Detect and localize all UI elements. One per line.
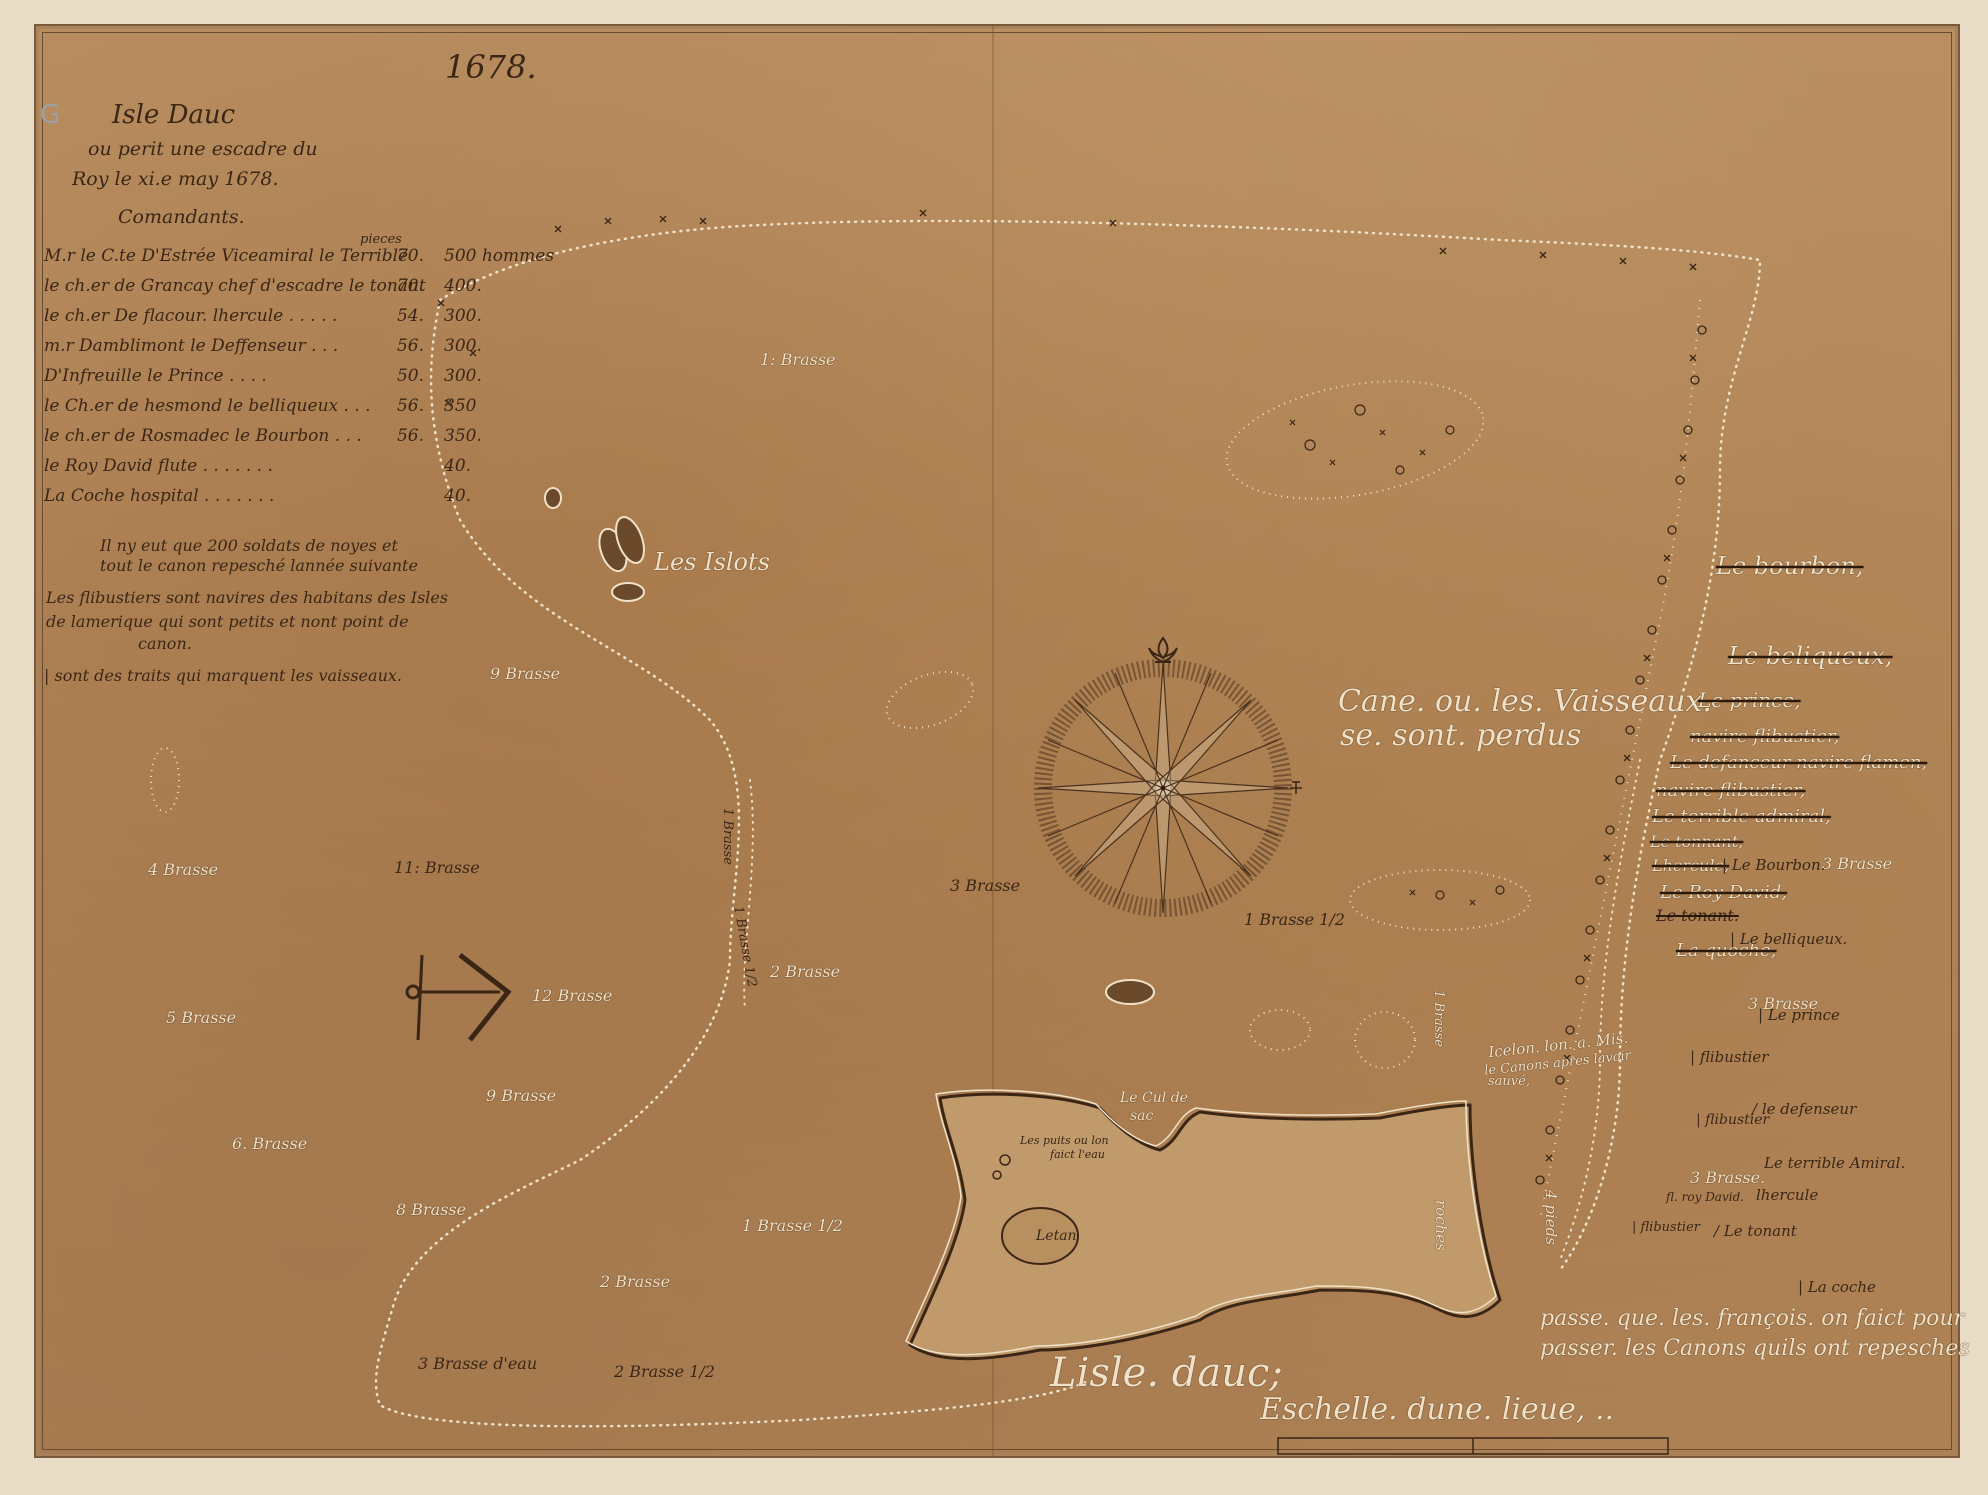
depth-label: 4 Brasse <box>148 860 218 879</box>
ship-position-label: Le terrible Amiral. <box>1764 1154 1905 1172</box>
label-wells-1: Les puits ou lon <box>1020 1134 1109 1147</box>
label-wells-2: faict l'eau <box>1050 1148 1105 1161</box>
legend-subtitle-2: Roy le xi.e may 1678. <box>72 168 279 190</box>
depth-label: 2 Brasse <box>770 962 840 981</box>
depth-label: 5 Brasse <box>166 1008 236 1027</box>
commander-row: le ch.er De flacour. lhercule . . . . .5… <box>44 306 564 326</box>
depth-label: 1 Brasse 1/2 <box>742 1216 843 1235</box>
year-note: 1678. <box>445 48 537 86</box>
depth-label: 1: Brasse <box>760 350 836 369</box>
depth-label: 12 Brasse <box>532 986 612 1005</box>
depth-label: 11: Brasse <box>394 858 480 877</box>
note-ship-marks: | sont des traits qui marquent les vaiss… <box>44 666 402 685</box>
label-scale-title: Eschelle. dune. lieue, .. <box>1260 1392 1614 1427</box>
commander-row: m.r Damblimont le Deffenseur . . .56.300… <box>44 336 564 356</box>
note-soldiers-1: Il ny eut que 200 soldats de noyes et <box>100 536 398 555</box>
depth-label: 9 Brasse <box>490 664 560 683</box>
catalog-stamp: G <box>40 100 60 130</box>
ship-position-label: | flibustier <box>1690 1048 1768 1066</box>
ship-position-label: | Le prince <box>1758 1006 1840 1024</box>
depth-label: 2 Brasse <box>600 1272 670 1291</box>
struck-ship-label: Le tonnant, <box>1650 832 1743 851</box>
depth-label: 6. Brasse <box>232 1134 307 1153</box>
map-drawing <box>0 0 1988 1495</box>
note-soldiers-2: tout le canon repesché lannée suivante <box>100 556 418 575</box>
commander-row: le ch.er de Grancay chef d'escadre le to… <box>44 276 564 296</box>
commanders-heading: Comandants. <box>118 206 245 228</box>
commander-row: M.r le C.te D'Estrée Viceamiral le Terri… <box>44 246 564 266</box>
struck-ship-label: Le tonant. <box>1656 906 1739 925</box>
struck-ship-label: Le terrible admiral, <box>1652 806 1831 827</box>
legend-subtitle-1: ou perit une escadre du <box>88 138 318 160</box>
note-flibustiers-3: canon. <box>138 634 192 653</box>
island-outline <box>910 1094 1500 1359</box>
struck-ship-label: navire flibustier, <box>1656 780 1805 801</box>
commander-row: le Ch.er de hesmond le belliqueux . . .5… <box>44 396 564 416</box>
ship-position-label: | flibustier <box>1632 1220 1700 1235</box>
depth-label: 3 Brasse <box>1822 854 1892 873</box>
label-cul-de-sac-2: sac <box>1130 1108 1153 1124</box>
struck-ship-label: Le prince, <box>1698 688 1801 712</box>
note-flibustiers-1: Les flibustiers sont navires des habitan… <box>46 588 448 607</box>
label-passe-note-2: passer. les Canons quils ont repesches <box>1540 1336 1970 1361</box>
depth-label: 3 Brasse d'eau <box>418 1354 537 1373</box>
note-flibustiers-2: de lamerique qui sont petits et nont poi… <box>46 612 409 631</box>
depth-label: 3 Brasse. <box>1690 1168 1765 1187</box>
struck-ship-label: Le Roy David, <box>1660 882 1787 903</box>
struck-ship-label: Lhercule, <box>1652 856 1729 875</box>
ship-position-label: fl. roy David. <box>1666 1190 1744 1204</box>
label-four-feet: 4 pieds <box>1542 1190 1560 1245</box>
label-wreck-site-1: Cane. ou. les. Vaisseaux. <box>1338 684 1712 719</box>
depth-label: 8 Brasse <box>396 1200 466 1219</box>
ship-position-label: | flibustier <box>1696 1112 1769 1128</box>
scale-bar <box>1278 1438 1668 1454</box>
ship-position-label: | Le Bourbon. <box>1722 856 1825 874</box>
anchor-icon <box>407 955 508 1040</box>
struck-ship-label: Le defanceur navire flamen, <box>1670 752 1927 773</box>
label-roches: roches <box>1432 1200 1450 1251</box>
label-island-name: Lisle. dauc; <box>1050 1350 1283 1396</box>
shoal-marks <box>1290 405 1504 905</box>
label-wreck-site-2: se. sont. perdus <box>1340 718 1581 753</box>
fleur-de-lis-icon <box>1149 638 1177 662</box>
commander-row: le ch.er de Rosmadec le Bourbon . . .56.… <box>44 426 564 446</box>
ship-position-label: lhercule <box>1756 1186 1818 1204</box>
label-passe-note-1: passe. que. les. françois. on faict pour <box>1540 1306 1964 1331</box>
commander-row: le Roy David flute . . . . . . .40. <box>44 456 564 476</box>
compass-rose-icon <box>1038 638 1302 913</box>
label-cul-de-sac-1: Le Cul de <box>1120 1090 1188 1106</box>
label-les-islots: Les Islots <box>654 548 770 576</box>
guns-heading: pieces <box>360 232 402 247</box>
ship-position-label: | Le belliqueux. <box>1730 930 1847 948</box>
ship-position-label: | La coche <box>1798 1278 1876 1296</box>
depth-label: 1 Brasse 1/2 <box>1244 910 1345 929</box>
depth-label: 1 Brasse <box>720 808 735 865</box>
depth-label: 3 Brasse <box>950 876 1020 895</box>
struck-ship-label: Le bourbon, <box>1716 552 1863 580</box>
commander-row: D'Infreuille le Prince . . . .50.300. <box>44 366 564 386</box>
east-cross-icon <box>1290 782 1302 794</box>
struck-ship-label: navire flibustier, <box>1690 726 1839 747</box>
commander-row: La Coche hospital . . . . . . .40. <box>44 486 564 506</box>
ship-position-label: / Le tonant <box>1714 1222 1797 1240</box>
depth-label: 9 Brasse <box>486 1086 556 1105</box>
legend-title: Isle Dauc <box>112 100 235 130</box>
commanders-table: M.r le C.te D'Estrée Viceamiral le Terri… <box>44 246 564 516</box>
label-canon-note-3: sauvé, <box>1488 1074 1530 1089</box>
depth-label: 1 Brasse <box>1431 990 1446 1047</box>
depth-label: 2 Brasse 1/2 <box>614 1362 715 1381</box>
label-etang: Letan <box>1036 1228 1077 1244</box>
struck-ship-label: Le beliqueux, <box>1728 642 1892 670</box>
